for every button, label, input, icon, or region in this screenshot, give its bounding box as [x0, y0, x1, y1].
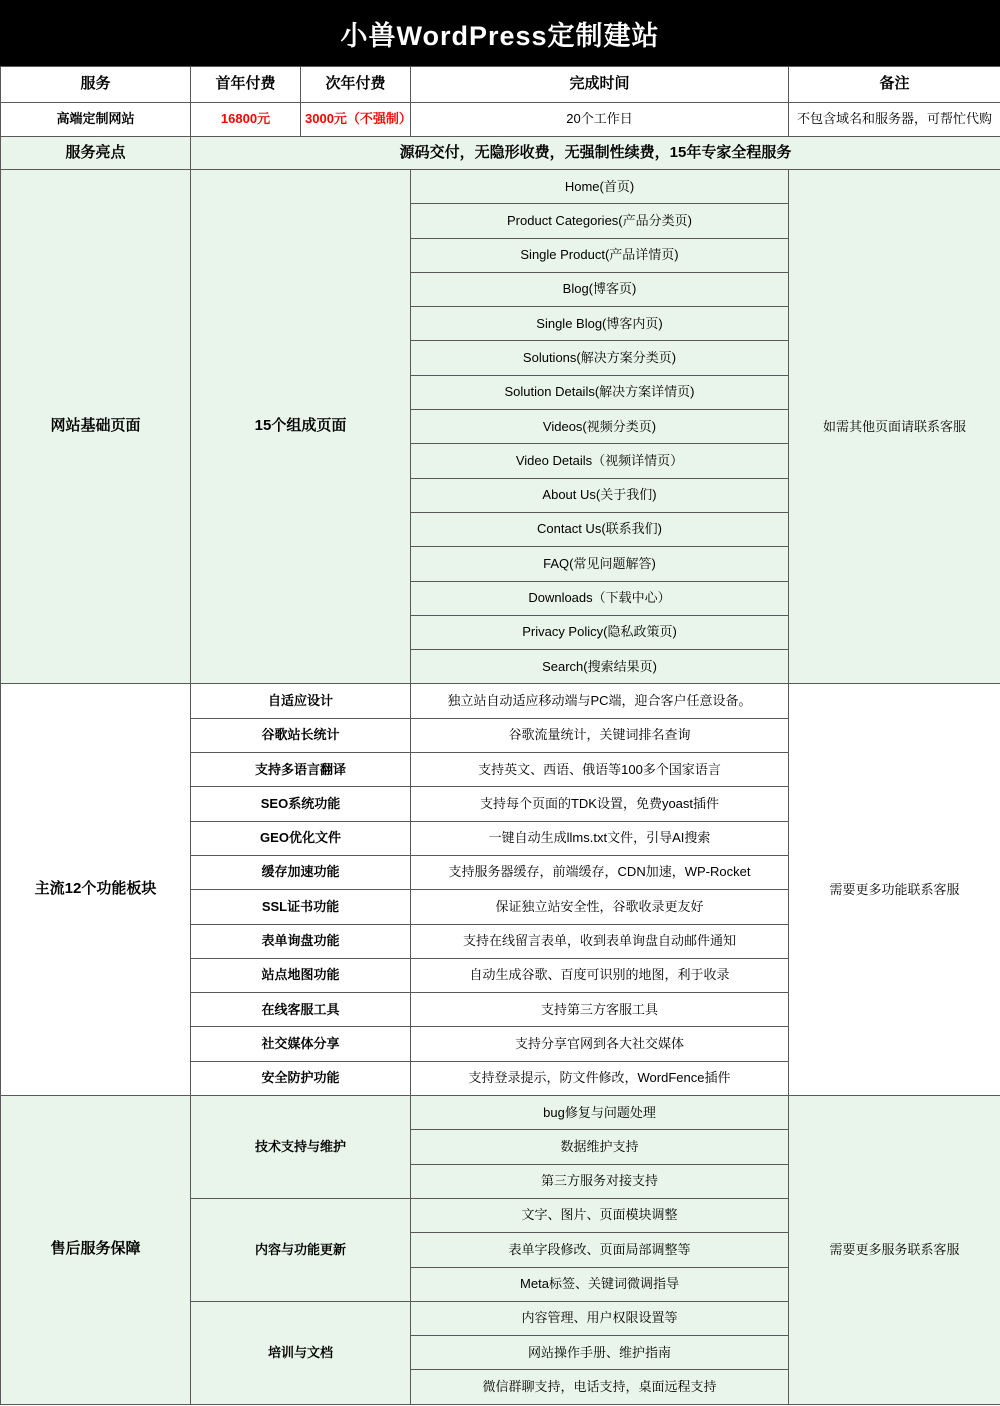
feature-name: 支持多语言翻译 [191, 753, 411, 787]
feature-name: 站点地图功能 [191, 958, 411, 992]
features-section-note: 需要更多功能联系客服 [789, 684, 1000, 1096]
page-item: Single Product(产品详情页) [411, 238, 789, 272]
highlight-label: 服务亮点 [1, 137, 191, 170]
aftersale-item: Meta标签、关键词微调指导 [411, 1267, 789, 1301]
feature-desc: 自动生成谷歌、百度可识别的地图，利于收录 [411, 958, 789, 992]
page-item: Blog(博客页) [411, 272, 789, 306]
feature-desc: 支持第三方客服工具 [411, 993, 789, 1027]
aftersale-section-row: 售后服务保障 技术支持与维护 bug修复与问题处理 需要更多服务联系客服 [1, 1096, 1000, 1130]
page-item: Solution Details(解决方案详情页) [411, 375, 789, 409]
page-item: Privacy Policy(隐私政策页) [411, 615, 789, 649]
page-item: Home(首页) [411, 170, 789, 204]
feature-desc: 支持服务器缓存，前端缓存，CDN加速，WP-Rocket [411, 855, 789, 889]
page-item: Product Categories(产品分类页) [411, 204, 789, 238]
aftersale-group-name: 技术支持与维护 [191, 1096, 411, 1199]
page-item: FAQ(常见问题解答) [411, 547, 789, 581]
aftersale-group-name: 培训与文档 [191, 1301, 411, 1404]
aftersale-item: 网站操作手册、维护指南 [411, 1336, 789, 1370]
feature-name: GEO优化文件 [191, 821, 411, 855]
highlight-text: 源码交付，无隐形收费，无强制性续费，15年专家全程服务 [191, 137, 1000, 170]
aftersale-section-label: 售后服务保障 [1, 1096, 191, 1405]
aftersale-item: 内容管理、用户权限设置等 [411, 1301, 789, 1335]
pages-section-label: 网站基础页面 [1, 170, 191, 684]
col-header-service: 服务 [1, 67, 191, 103]
pricing-row: 高端定制网站 16800元 3000元（不强制） 20个工作日 不包含域名和服务… [1, 103, 1000, 137]
feature-desc: 独立站自动适应移动端与PC端，迎合客户任意设备。 [411, 684, 789, 718]
page-item: Single Blog(博客内页) [411, 307, 789, 341]
next-year-price: 3000元（不强制） [301, 103, 411, 137]
pages-section-note: 如需其他页面请联系客服 [789, 170, 1000, 684]
aftersale-item: bug修复与问题处理 [411, 1096, 789, 1130]
header-row: 服务 首年付费 次年付费 完成时间 备注 [1, 67, 1000, 103]
feature-desc: 保证独立站安全性，谷歌收录更友好 [411, 890, 789, 924]
feature-desc: 支持在线留言表单，收到表单询盘自动邮件通知 [411, 924, 789, 958]
pages-count-label: 15个组成页面 [191, 170, 411, 684]
col-header-first-year: 首年付费 [191, 67, 301, 103]
aftersale-item: 第三方服务对接支持 [411, 1164, 789, 1198]
pricing-note: 不包含域名和服务器，可帮忙代购 [789, 103, 1000, 137]
aftersale-group-name: 内容与功能更新 [191, 1198, 411, 1301]
feature-name: 在线客服工具 [191, 993, 411, 1027]
first-year-price: 16800元 [191, 103, 301, 137]
feature-name: SSL证书功能 [191, 890, 411, 924]
service-name: 高端定制网站 [1, 103, 191, 137]
feature-name: 缓存加速功能 [191, 855, 411, 889]
page-item: About Us(关于我们) [411, 478, 789, 512]
page-item: Solutions(解决方案分类页) [411, 341, 789, 375]
aftersale-item: 表单字段修改、页面局部调整等 [411, 1233, 789, 1267]
page-item: Video Details（视频详情页） [411, 444, 789, 478]
features-section-label: 主流12个功能板块 [1, 684, 191, 1096]
feature-desc: 谷歌流量统计，关键词排名查询 [411, 718, 789, 752]
feature-name: 自适应设计 [191, 684, 411, 718]
feature-desc: 支持英文、西语、俄语等100多个国家语言 [411, 753, 789, 787]
page-title: 小兽WordPress定制建站 [340, 14, 659, 53]
aftersale-item: 微信群聊支持，电话支持，桌面远程支持 [411, 1370, 789, 1404]
feature-name: 社交媒体分享 [191, 1027, 411, 1061]
pages-section-row: 网站基础页面 15个组成页面 Home(首页) 如需其他页面请联系客服 [1, 170, 1000, 204]
feature-desc: 支持每个页面的TDK设置，免费yoast插件 [411, 787, 789, 821]
col-header-remark: 备注 [789, 67, 1000, 103]
col-header-completion: 完成时间 [411, 67, 789, 103]
feature-desc: 一键自动生成llms.txt文件，引导AI搜索 [411, 821, 789, 855]
aftersale-section-note: 需要更多服务联系客服 [789, 1096, 1000, 1405]
features-section-row: 主流12个功能板块 自适应设计 独立站自动适应移动端与PC端，迎合客户任意设备。… [1, 684, 1000, 718]
pricing-table: 服务 首年付费 次年付费 完成时间 备注 高端定制网站 16800元 3000元… [0, 66, 1000, 1405]
col-header-next-year: 次年付费 [301, 67, 411, 103]
page-item: Contact Us(联系我们) [411, 512, 789, 546]
page-item: Downloads（下载中心） [411, 581, 789, 615]
page-item: Videos(视频分类页) [411, 410, 789, 444]
feature-name: 表单询盘功能 [191, 924, 411, 958]
title-bar: 小兽WordPress定制建站 [0, 0, 1000, 66]
feature-desc: 支持分享官网到各大社交媒体 [411, 1027, 789, 1061]
highlight-row: 服务亮点 源码交付，无隐形收费，无强制性续费，15年专家全程服务 [1, 137, 1000, 170]
feature-name: SEO系统功能 [191, 787, 411, 821]
aftersale-item: 数据维护支持 [411, 1130, 789, 1164]
feature-desc: 支持登录提示，防文件修改，WordFence插件 [411, 1061, 789, 1095]
aftersale-item: 文字、图片、页面模块调整 [411, 1198, 789, 1232]
feature-name: 安全防护功能 [191, 1061, 411, 1095]
completion-time: 20个工作日 [411, 103, 789, 137]
page-item: Search(搜索结果页) [411, 650, 789, 684]
feature-name: 谷歌站长统计 [191, 718, 411, 752]
